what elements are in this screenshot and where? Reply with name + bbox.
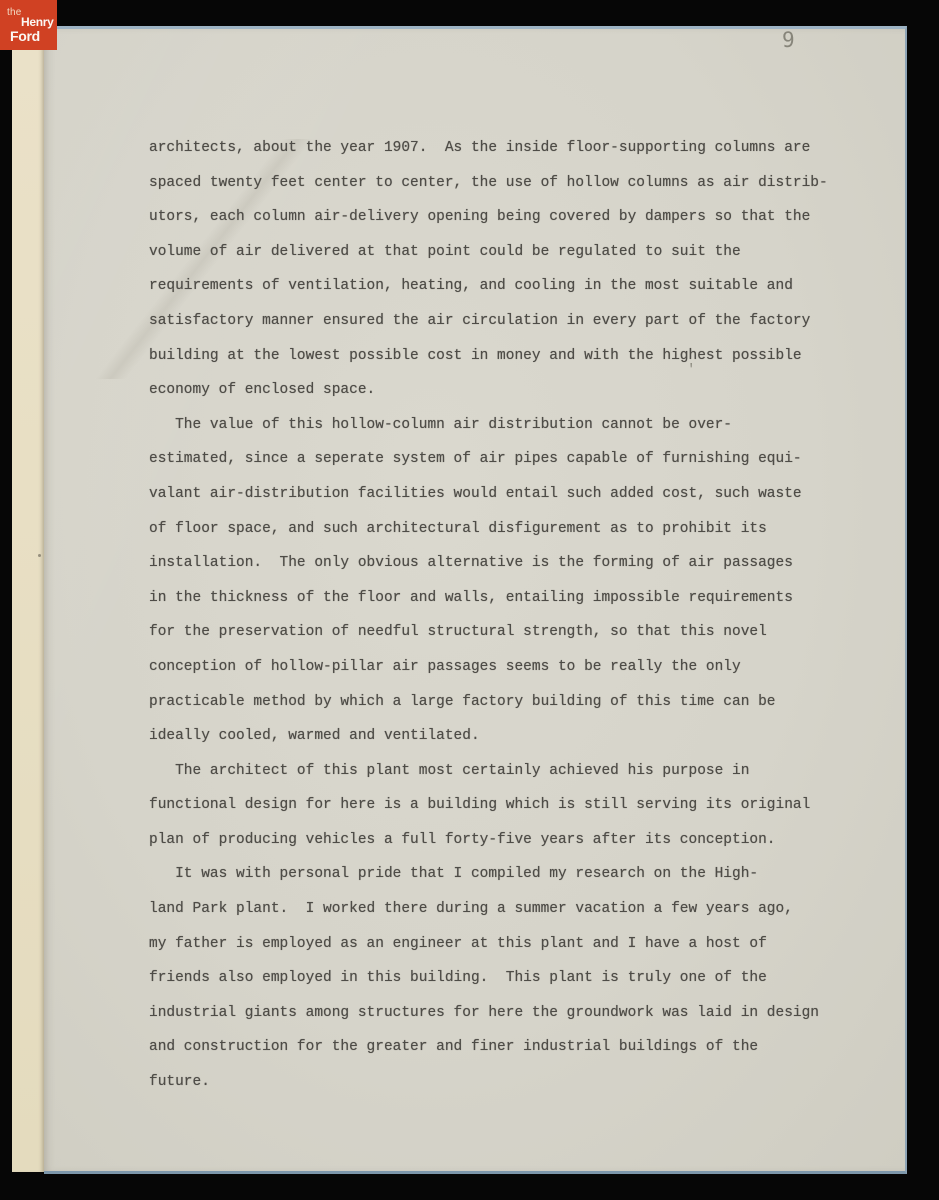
logo-ford-label: Ford xyxy=(10,28,40,44)
text-line: satisfactory manner ensured the air circ… xyxy=(149,304,839,339)
text-line: estimated, since a seperate system of ai… xyxy=(149,442,839,477)
text-line: plan of producing vehicles a full forty-… xyxy=(149,823,839,858)
logo-henry-label: Henry xyxy=(21,15,54,29)
text-line: volume of air delivered at that point co… xyxy=(149,235,839,270)
text-line: for the preservation of needful structur… xyxy=(149,615,839,650)
text-line: It was with personal pride that I compil… xyxy=(149,857,839,892)
text-line: valant air-distribution facilities would… xyxy=(149,477,839,512)
book-spine-edge xyxy=(12,30,44,1172)
text-line: practicable method by which a large fact… xyxy=(149,685,839,720)
logo-the-label: the xyxy=(7,7,22,18)
text-line: spaced twenty feet center to center, the… xyxy=(149,166,839,201)
text-line: ideally cooled, warmed and ventilated. xyxy=(149,719,839,754)
text-line: functional design for here is a building… xyxy=(149,788,839,823)
page-number: 9 xyxy=(782,28,795,52)
text-line: conception of hollow-pillar air passages… xyxy=(149,650,839,685)
text-line: architects, about the year 1907. As the … xyxy=(149,131,839,166)
text-line: land Park plant. I worked there during a… xyxy=(149,892,839,927)
text-line: in the thickness of the floor and walls,… xyxy=(149,581,839,616)
text-line: economy of enclosed space. xyxy=(149,373,839,408)
text-line: and construction for the greater and fin… xyxy=(149,1030,839,1065)
binding-speck xyxy=(38,554,41,557)
text-line: my father is employed as an engineer at … xyxy=(149,927,839,962)
text-line: utors, each column air-delivery opening … xyxy=(149,200,839,235)
text-line: installation. The only obvious alternati… xyxy=(149,546,839,581)
henry-ford-logo: the Henry Ford xyxy=(0,0,57,50)
text-line: requirements of ventilation, heating, an… xyxy=(149,269,839,304)
text-line: future. xyxy=(149,1065,839,1100)
text-line: building at the lowest possible cost in … xyxy=(149,339,839,374)
text-line: The value of this hollow-column air dist… xyxy=(149,408,839,443)
text-line: friends also employed in this building. … xyxy=(149,961,839,996)
stray-apostrophe-mark: ' xyxy=(687,362,695,378)
text-line: industrial giants among structures for h… xyxy=(149,996,839,1031)
typewritten-text: architects, about the year 1907. As the … xyxy=(149,131,839,1100)
text-line: of floor space, and such architectural d… xyxy=(149,512,839,547)
text-line: The architect of this plant most certain… xyxy=(149,754,839,789)
scan-background: { "logo": { "the": "the", "henry": "Henr… xyxy=(0,0,939,1200)
